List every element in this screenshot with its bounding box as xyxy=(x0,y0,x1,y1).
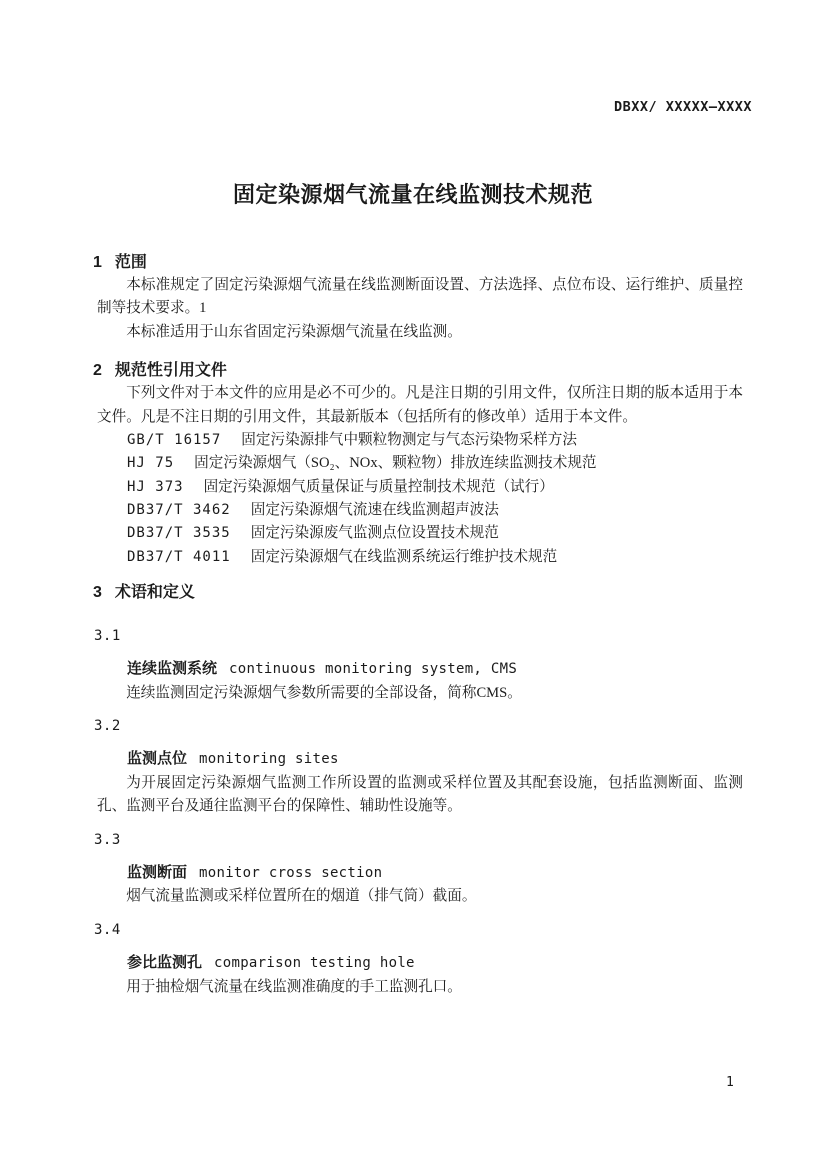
section-3-heading: 3术语和定义 xyxy=(93,582,743,604)
term-name-en: continuous monitoring system, CMS xyxy=(229,661,517,677)
reference-item: GB/T 16157固定污染源排气中颗粒物测定与气态污染物采样方法 xyxy=(127,429,743,452)
reference-code: DB37/T 3535 xyxy=(127,525,231,541)
term-name-cn: 参比监测孔 xyxy=(127,954,202,971)
page-number: 1 xyxy=(726,1075,734,1090)
section-3-title: 术语和定义 xyxy=(115,584,195,601)
reference-item: HJ 75固定污染源烟气（SO₂、NOx、颗粒物）排放连续监测技术规范 xyxy=(127,452,743,475)
reference-item: DB37/T 4011固定污染源烟气在线监测系统运行维护技术规范 xyxy=(127,546,743,569)
section-1-title: 范围 xyxy=(115,254,147,271)
reference-code: DB37/T 3462 xyxy=(127,502,231,518)
section-1-heading: 1范围 xyxy=(93,252,743,274)
reference-code: DB37/T 4011 xyxy=(127,549,231,565)
reference-code: HJ 373 xyxy=(127,479,184,495)
doc-code: DBXX/ XXXXX—XXXX xyxy=(614,99,752,115)
clause-number-3-3: 3.3 xyxy=(94,829,743,852)
references-intro: 下列文件对于本文件的应用是必不可少的。凡是注日期的引用文件，仅所注日期的版本适用… xyxy=(97,382,743,429)
section-3-number: 3 xyxy=(93,584,102,601)
term-name-cn: 连续监测系统 xyxy=(127,660,217,677)
section-1-number: 1 xyxy=(93,254,102,271)
scope-paragraph-2: 本标准适用于山东省固定污染源烟气流量在线监测。 xyxy=(97,321,743,344)
clause-number-3-4: 3.4 xyxy=(94,919,743,942)
term-entry: 参比监测孔comparison testing hole xyxy=(97,951,743,975)
term-definition: 烟气流量监测或采样位置所在的烟道（排气筒）截面。 xyxy=(97,885,743,908)
term-entry: 监测断面monitor cross section xyxy=(97,861,743,885)
reference-code: HJ 75 xyxy=(127,455,174,471)
term-name-cn: 监测断面 xyxy=(127,864,187,881)
document-body: 1范围 本标准规定了固定污染源烟气流量在线监测断面设置、方法选择、点位布设、运行… xyxy=(97,246,743,999)
reference-item: DB37/T 3462固定污染源烟气流速在线监测超声波法 xyxy=(127,499,743,522)
reference-title: 固定污染源废气监测点位设置技术规范 xyxy=(251,525,499,541)
term-name-cn: 监测点位 xyxy=(127,750,187,767)
clause-number-3-1: 3.1 xyxy=(94,625,743,648)
reference-title: 固定污染源烟气（SO₂、NOx、颗粒物）排放连续监测技术规范 xyxy=(194,455,596,471)
term-name-en: monitoring sites xyxy=(199,751,339,767)
scope-paragraph-1: 本标准规定了固定污染源烟气流量在线监测断面设置、方法选择、点位布设、运行维护、质… xyxy=(97,274,743,321)
term-entry: 监测点位monitoring sites xyxy=(97,747,743,771)
term-entry: 连续监测系统continuous monitoring system, CMS xyxy=(97,657,743,681)
reference-code: GB/T 16157 xyxy=(127,432,221,448)
reference-list: GB/T 16157固定污染源排气中颗粒物测定与气态污染物采样方法 HJ 75固… xyxy=(97,429,743,569)
reference-item: HJ 373固定污染源烟气质量保证与质量控制技术规范（试行） xyxy=(127,476,743,499)
term-name-en: comparison testing hole xyxy=(214,955,415,971)
term-name-en: monitor cross section xyxy=(199,865,382,881)
document-page: DBXX/ XXXXX—XXXX 固定染源烟气流量在线监测技术规范 1范围 本标… xyxy=(0,0,826,1169)
term-definition: 为开展固定污染源烟气监测工作所设置的监测或采样位置及其配套设施，包括监测断面、监… xyxy=(97,772,743,819)
reference-title: 固定污染源烟气质量保证与质量控制技术规范（试行） xyxy=(204,479,554,495)
reference-title: 固定污染源排气中颗粒物测定与气态污染物采样方法 xyxy=(241,432,577,448)
clause-number-3-2: 3.2 xyxy=(94,715,743,738)
section-2-title: 规范性引用文件 xyxy=(115,362,227,379)
reference-title: 固定污染源烟气在线监测系统运行维护技术规范 xyxy=(251,549,557,565)
reference-title: 固定污染源烟气流速在线监测超声波法 xyxy=(251,502,499,518)
term-definition: 用于抽检烟气流量在线监测准确度的手工监测孔口。 xyxy=(97,976,743,999)
term-definition: 连续监测固定污染源烟气参数所需要的全部设备，简称CMS。 xyxy=(97,682,743,705)
reference-item: DB37/T 3535固定污染源废气监测点位设置技术规范 xyxy=(127,522,743,545)
section-2-number: 2 xyxy=(93,362,102,379)
section-2-heading: 2规范性引用文件 xyxy=(93,360,743,382)
doc-title: 固定染源烟气流量在线监测技术规范 xyxy=(0,178,826,209)
